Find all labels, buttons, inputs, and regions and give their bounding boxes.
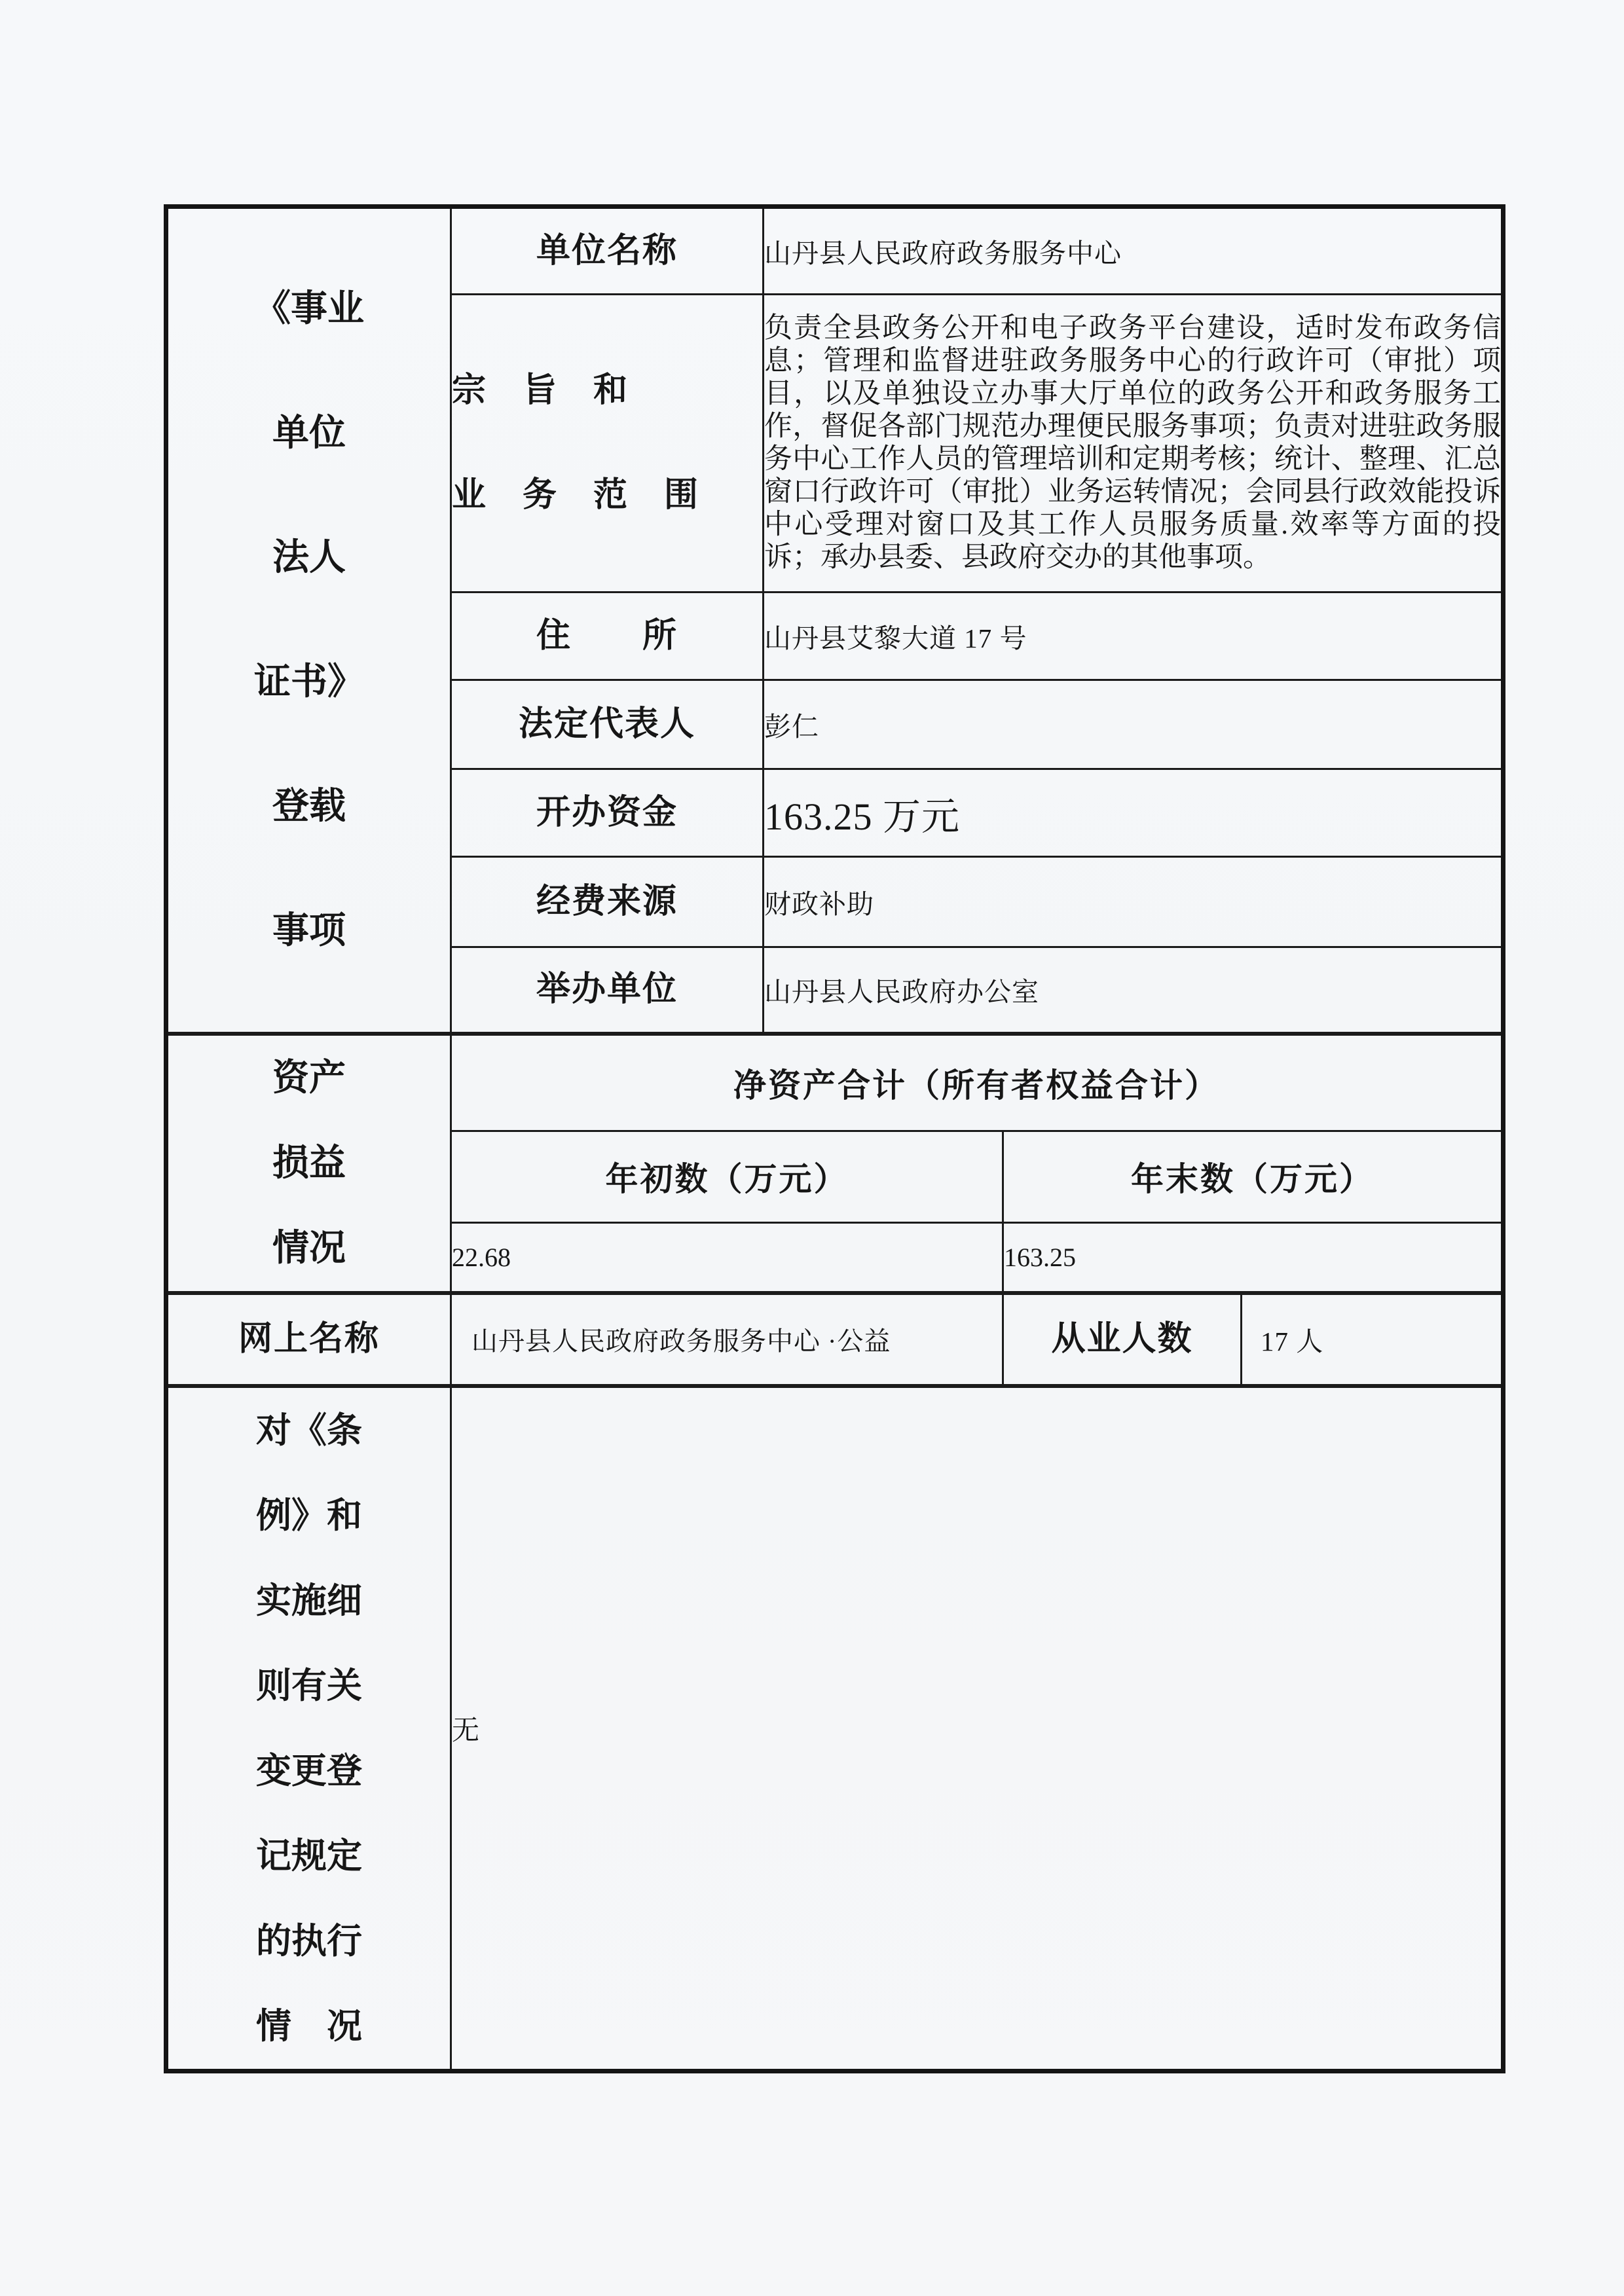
assets-section-label: 资产 损益 情况 <box>166 1034 451 1293</box>
compliance-value: 无 <box>451 1386 1504 2071</box>
funding-label: 经费来源 <box>451 857 764 947</box>
begin-of-year-header: 年初数（万元） <box>451 1131 1003 1222</box>
row-assets-header: 资产 损益 情况 净资产合计（所有者权益合计） <box>166 1034 1504 1131</box>
cert-label-line: 《事业 <box>168 247 450 371</box>
compliance-label-line: 情 况 <box>168 1984 450 2069</box>
compliance-label-line: 变更登 <box>168 1728 450 1813</box>
row-compliance: 对《条 例》和 实施细 则有关 变更登 记规定 的执行 情 况 无 <box>166 1386 1504 2071</box>
certificate-section-label: 《事业 单位 法人 证书》 登载 事项 <box>166 207 451 1034</box>
online-name-label: 网上名称 <box>166 1293 451 1386</box>
mission-label-line1: 宗 旨 和 <box>452 338 762 443</box>
compliance-section-label: 对《条 例》和 实施细 则有关 变更登 记规定 的执行 情 况 <box>166 1386 451 2071</box>
address-value: 山丹县艾黎大道 17 号 <box>764 592 1504 680</box>
capital-label: 开办资金 <box>451 769 764 857</box>
compliance-label-line: 则有关 <box>168 1643 450 1728</box>
end-of-year-value: 163.25 <box>1003 1222 1504 1292</box>
mission-label: 宗 旨 和 业 务 范 围 <box>451 295 764 592</box>
assets-label-line: 资产 <box>168 1036 450 1121</box>
begin-of-year-value: 22.68 <box>451 1222 1003 1292</box>
compliance-label-line: 的执行 <box>168 1899 450 1984</box>
cert-label-line: 法人 <box>168 496 450 620</box>
cert-label-line: 登载 <box>168 744 450 869</box>
funding-value: 财政补助 <box>764 857 1504 947</box>
capital-value: 163.25 万元 <box>764 769 1504 857</box>
organizer-label: 举办单位 <box>451 947 764 1034</box>
assets-label-line: 情况 <box>168 1206 450 1291</box>
compliance-label-line: 例》和 <box>168 1473 450 1558</box>
cert-label-line: 证书》 <box>168 620 450 744</box>
mission-label-line2: 业 务 范 围 <box>452 443 762 548</box>
cert-label-line: 单位 <box>168 371 450 496</box>
compliance-label-line: 对《条 <box>168 1388 450 1473</box>
assets-label-line: 损益 <box>168 1121 450 1206</box>
unit-name-label: 单位名称 <box>451 207 764 295</box>
address-label: 住 所 <box>451 592 764 680</box>
cert-label-line: 事项 <box>168 869 450 993</box>
net-assets-header: 净资产合计（所有者权益合计） <box>451 1034 1504 1131</box>
row-online-name: 网上名称 山丹县人民政府政务服务中心 ·公益 从业人数 17 人 <box>166 1293 1504 1386</box>
unit-name-value: 山丹县人民政府政务服务中心 <box>764 207 1504 295</box>
mission-value: 负责全县政务公开和电子政务平台建设，适时发布政务信息；管理和监督进驻政务服务中心… <box>764 295 1504 592</box>
online-name-value: 山丹县人民政府政务服务中心 ·公益 <box>451 1293 1003 1386</box>
organizer-value: 山丹县人民政府办公室 <box>764 947 1504 1034</box>
compliance-label-line: 记规定 <box>168 1813 450 1899</box>
compliance-label-line: 实施细 <box>168 1558 450 1643</box>
end-of-year-header: 年末数（万元） <box>1003 1131 1504 1222</box>
legal-rep-label: 法定代表人 <box>451 680 764 769</box>
scanned-page: 《事业 单位 法人 证书》 登载 事项 单位名称 山丹县人民政府政务服务中心 宗… <box>0 0 1624 2296</box>
row-unit-name: 《事业 单位 法人 证书》 登载 事项 单位名称 山丹县人民政府政务服务中心 <box>166 207 1504 295</box>
legal-rep-value: 彭仁 <box>764 680 1504 769</box>
staff-count-value: 17 人 <box>1242 1293 1504 1386</box>
registration-table: 《事业 单位 法人 证书》 登载 事项 单位名称 山丹县人民政府政务服务中心 宗… <box>164 204 1505 2073</box>
staff-count-label: 从业人数 <box>1003 1293 1242 1386</box>
